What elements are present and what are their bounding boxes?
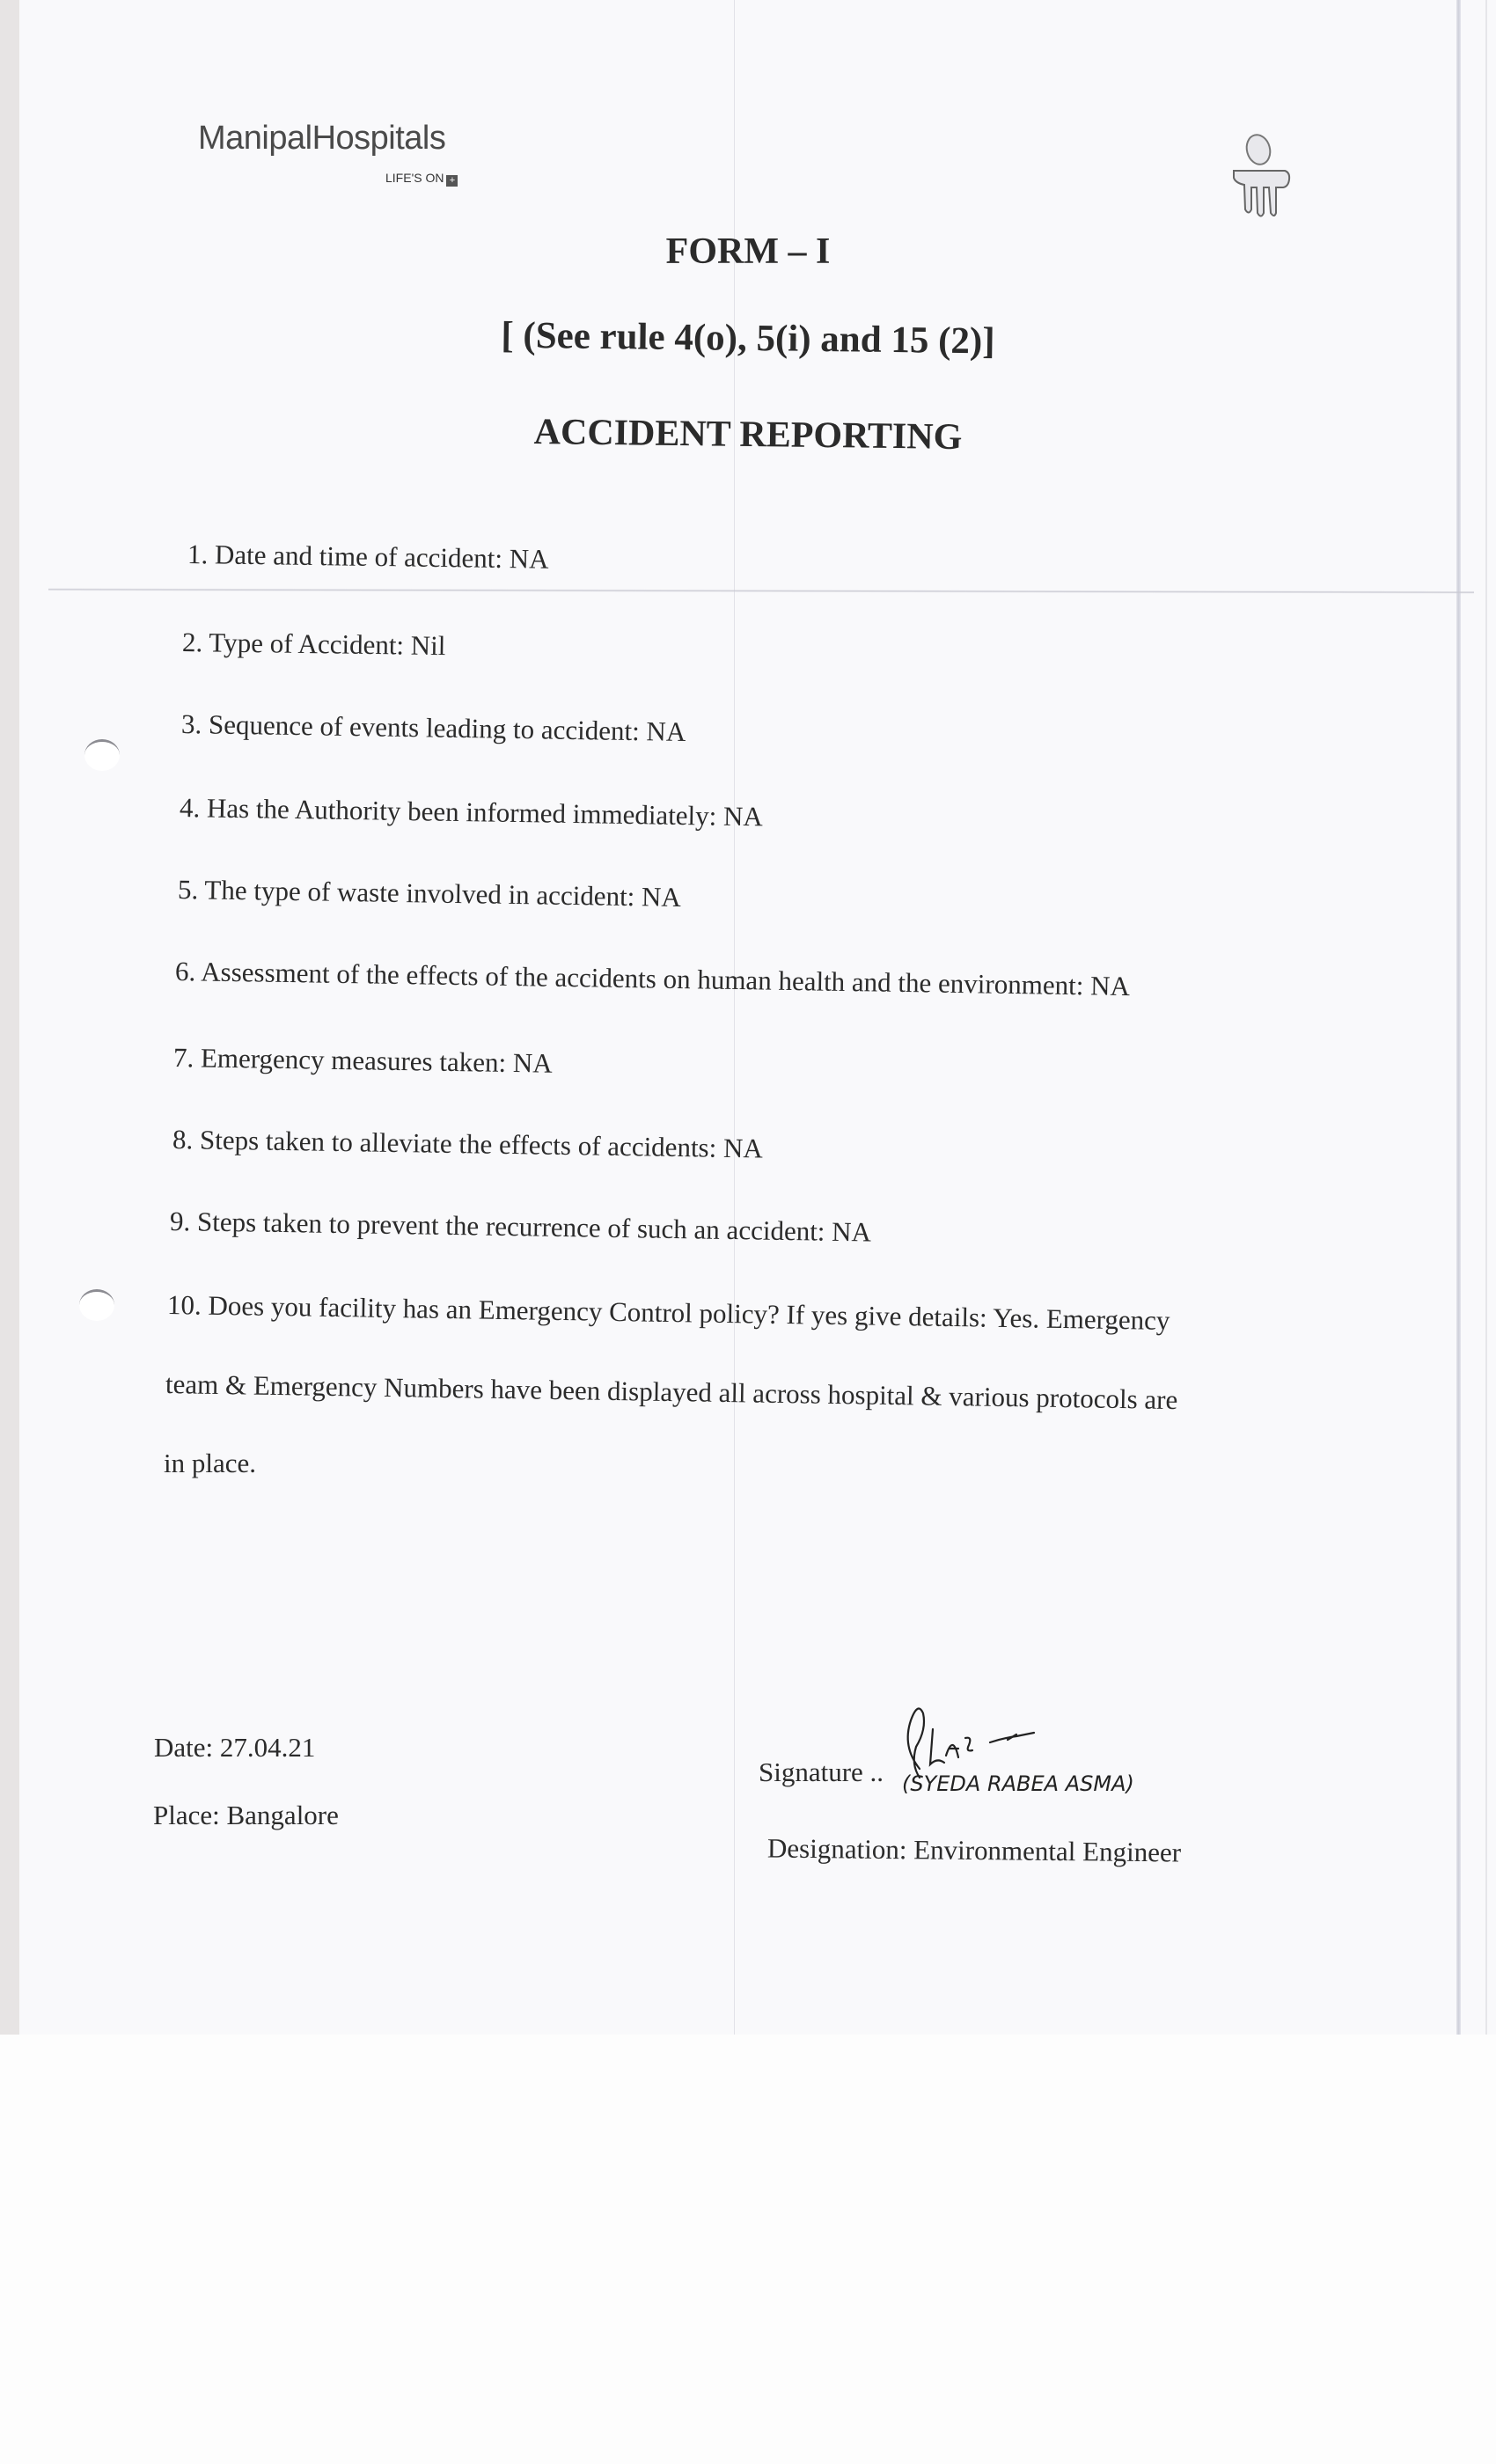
fold-line	[48, 588, 1474, 593]
rule-reference: [ (See rule 4(o), 5(i) and 15 (2)]	[0, 308, 1496, 370]
svg-text:(SYEDA RABEA ASMA): (SYEDA RABEA ASMA)	[902, 1771, 1134, 1796]
manipal-emblem-icon	[1223, 132, 1320, 229]
form-title: FORM – I	[0, 231, 1496, 273]
report-item-10-continued: team & Emergency Numbers have been displ…	[165, 1368, 1178, 1416]
brand-logo: ManipalHospitals LIFE'S ON+	[198, 121, 445, 155]
scan-right-border	[1485, 0, 1487, 2035]
report-item-6: 6. Assessment of the effects of the acci…	[175, 956, 1130, 1002]
report-item-7: 7. Emergency measures taken: NA	[173, 1042, 553, 1080]
report-place: Place: Bangalore	[153, 1800, 339, 1831]
scan-right-edge	[1456, 0, 1461, 2035]
punch-hole	[84, 739, 120, 771]
report-item-9: 9. Steps taken to prevent the recurrence…	[170, 1206, 872, 1249]
brand-tagline: LIFE'S ON+	[385, 171, 458, 187]
report-item-4: 4. Has the Authority been informed immed…	[180, 792, 763, 832]
punch-hole	[79, 1289, 114, 1321]
signature-label: Signature ..	[759, 1756, 884, 1788]
report-item-2: 2. Type of Accident: Nil	[182, 627, 446, 662]
report-item-3: 3. Sequence of events leading to acciden…	[181, 708, 686, 748]
scanned-page: ManipalHospitals LIFE'S ON+ FORM – I [ (…	[0, 0, 1496, 2035]
report-item-10: 10. Does you facility has an Emergency C…	[167, 1289, 1170, 1337]
form-heading: ACCIDENT REPORTING	[0, 405, 1496, 466]
report-item-1: 1. Date and time of accident: NA	[187, 539, 549, 576]
report-item-8: 8. Steps taken to alleviate the effects …	[172, 1124, 763, 1165]
report-item-5: 5. The type of waste involved in acciden…	[178, 874, 681, 913]
brand-name: ManipalHospitals	[198, 121, 445, 155]
plus-icon: +	[446, 175, 458, 187]
scan-left-edge	[0, 0, 19, 2035]
report-date: Date: 27.04.21	[154, 1732, 315, 1764]
report-item-10-continued: in place.	[164, 1448, 256, 1479]
page-crease	[734, 0, 735, 2035]
handwritten-signature: (SYEDA RABEA ASMA)	[884, 1694, 1219, 1826]
designation: Designation: Environmental Engineer	[767, 1833, 1181, 1869]
